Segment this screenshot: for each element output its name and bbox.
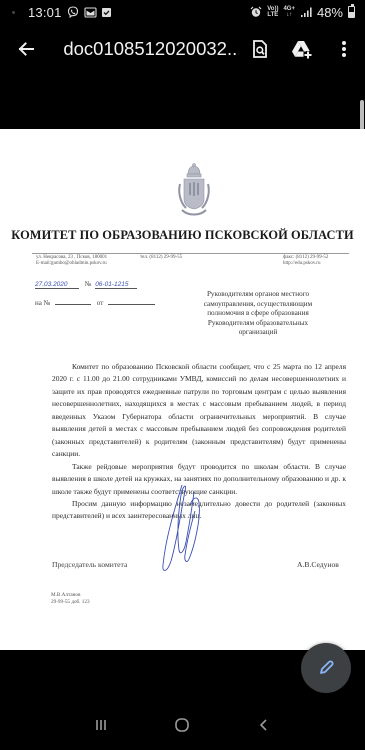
status-left: 13:01 [12, 5, 113, 20]
back-button[interactable] [2, 25, 49, 73]
pencil-icon [316, 658, 336, 678]
executor-info: М.В.Алтанов 29-99-55 доб. 123 [51, 592, 90, 605]
coat-of-arms-icon [174, 162, 214, 222]
addressee-line: Руководителям образовательных [196, 319, 320, 329]
status-right: Vo)) LTE 4G+ ↓↑ 48% [250, 5, 355, 20]
doc-search-icon [251, 39, 269, 59]
letterhead-divider [32, 253, 349, 254]
document-page: КОМИТЕТ ПО ОБРАЗОВАНИЮ ПСКОВСКОЙ ОБЛАСТИ… [0, 129, 365, 650]
reply-number-blank [55, 299, 91, 305]
organization-name: КОМИТЕТ ПО ОБРАЗОВАНИЮ ПСКОВСКОЙ ОБЛАСТИ [0, 228, 365, 243]
number-label: № [85, 280, 92, 288]
find-in-document-button[interactable] [239, 25, 281, 73]
camera-dot [12, 11, 15, 14]
addressee-line: Руководителям органов местного [196, 290, 320, 300]
edit-fab-button[interactable] [301, 643, 351, 693]
addressee-line: самоуправления, осуществляющим [196, 300, 320, 310]
contact-address: ул. Некрасова, 23 , Псков, 180001 E-mail… [36, 255, 107, 267]
number-handwritten: 06-01-1215 [95, 281, 137, 289]
signature-image [160, 481, 210, 591]
signer-position: Председатель комитета [52, 560, 127, 569]
drive-add-icon [291, 39, 313, 59]
viber-icon [67, 6, 79, 18]
lte-label: LTE [267, 12, 278, 18]
date-handwritten: 27.03.2020 [35, 281, 79, 289]
nav-back-button[interactable] [244, 705, 284, 745]
back-chevron-icon [258, 718, 270, 732]
volte-icon: Vo)) LTE [267, 6, 278, 18]
home-icon [174, 717, 190, 733]
data-arrows: ↓↑ [286, 12, 292, 18]
recent-apps-button[interactable] [81, 705, 121, 745]
paragraph-1: Комитет по образованию Псковской области… [52, 361, 346, 461]
alarm-icon [250, 6, 262, 18]
checkbox-icon [101, 6, 113, 18]
email-text: E-mail:gumbo@obladmin.pskov.ru [36, 261, 107, 267]
website-text: http://edu.pskov.ru [283, 261, 328, 267]
contact-phone: тел. (8112) 29-99-55 [140, 255, 182, 261]
reply-date-blank [108, 299, 155, 305]
from-label: от [97, 299, 103, 307]
home-button[interactable] [162, 705, 202, 745]
app-bar-actions [239, 25, 365, 73]
addressee-block: Руководителям органов местного самоуправ… [196, 290, 320, 338]
addressee-line: полномочия в сфере образования [196, 309, 320, 319]
executor-phone: 29-99-55 доб. 123 [51, 599, 90, 606]
addressee-line: организаций [196, 328, 320, 338]
scrollbar-thumb[interactable] [360, 100, 364, 130]
clock: 13:01 [28, 5, 62, 20]
recents-icon [94, 718, 108, 732]
document-title: doc0108512020032... [63, 38, 239, 60]
more-vert-icon [341, 39, 347, 59]
arrow-left-icon [16, 39, 36, 59]
gallery-icon [84, 6, 96, 18]
status-bar: 13:01 Vo)) LTE 4G+ ↓↑ 48% [0, 0, 365, 24]
app-bar: doc0108512020032... [0, 24, 365, 74]
battery-percent: 48% [317, 5, 343, 20]
reply-to-label: на № [35, 299, 50, 307]
more-options-button[interactable] [323, 25, 365, 73]
add-to-drive-button[interactable] [281, 25, 323, 73]
registration-line: 27.03.2020 № 06-01-1215 [35, 280, 137, 289]
navigation-bar [0, 700, 365, 750]
battery-icon [348, 6, 355, 18]
4g-icon: 4G+ ↓↑ [283, 6, 295, 18]
reply-to-line: на № от [35, 299, 155, 307]
signal-icon [300, 6, 312, 18]
signer-name: А.В.Седунов [297, 560, 339, 569]
contact-fax: факс: (8112) 29-99-52 http://edu.pskov.r… [283, 255, 328, 267]
document-viewport[interactable]: КОМИТЕТ ПО ОБРАЗОВАНИЮ ПСКОВСКОЙ ОБЛАСТИ… [0, 129, 365, 650]
